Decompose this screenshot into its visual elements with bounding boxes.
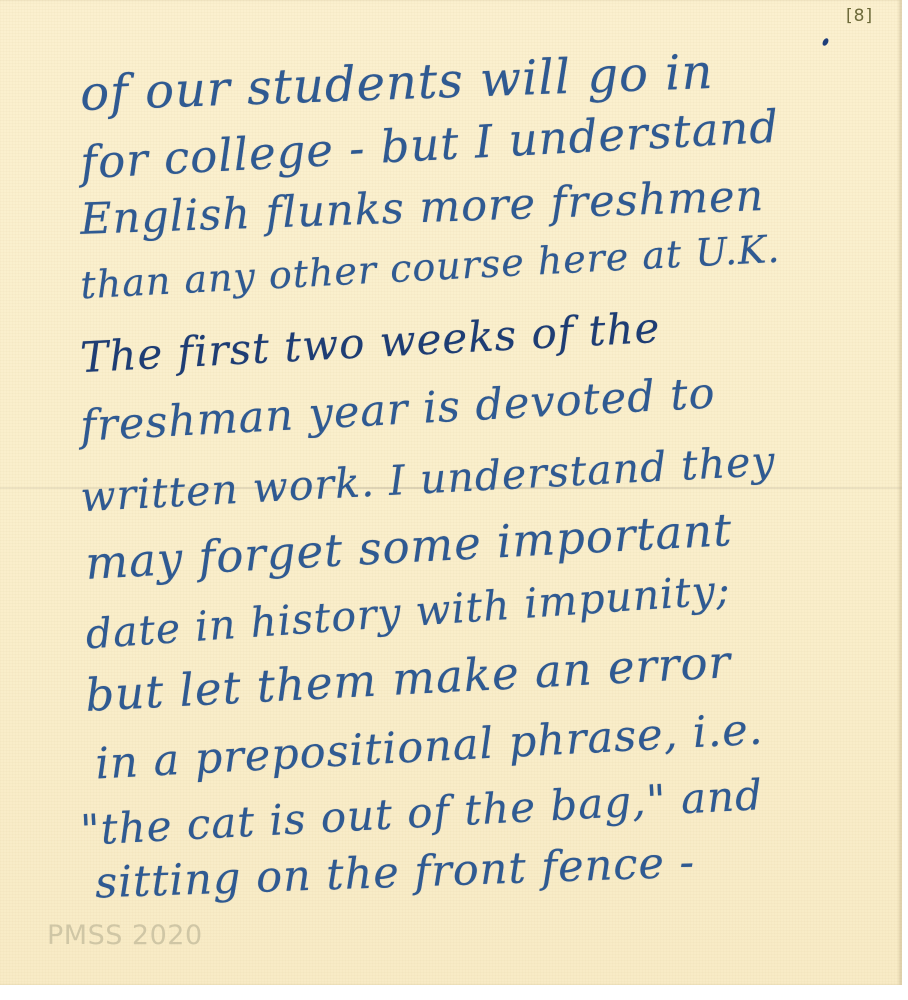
letter-page: [8] of our students will go in for colle… <box>0 0 902 985</box>
handwritten-line-5: The first two weeks of the <box>79 303 661 382</box>
handwritten-line-6: freshman year is devoted to <box>79 368 717 451</box>
page-number: [8] <box>846 6 873 26</box>
watermark: PMSS 2020 <box>47 920 203 951</box>
ink-blot <box>821 37 829 46</box>
